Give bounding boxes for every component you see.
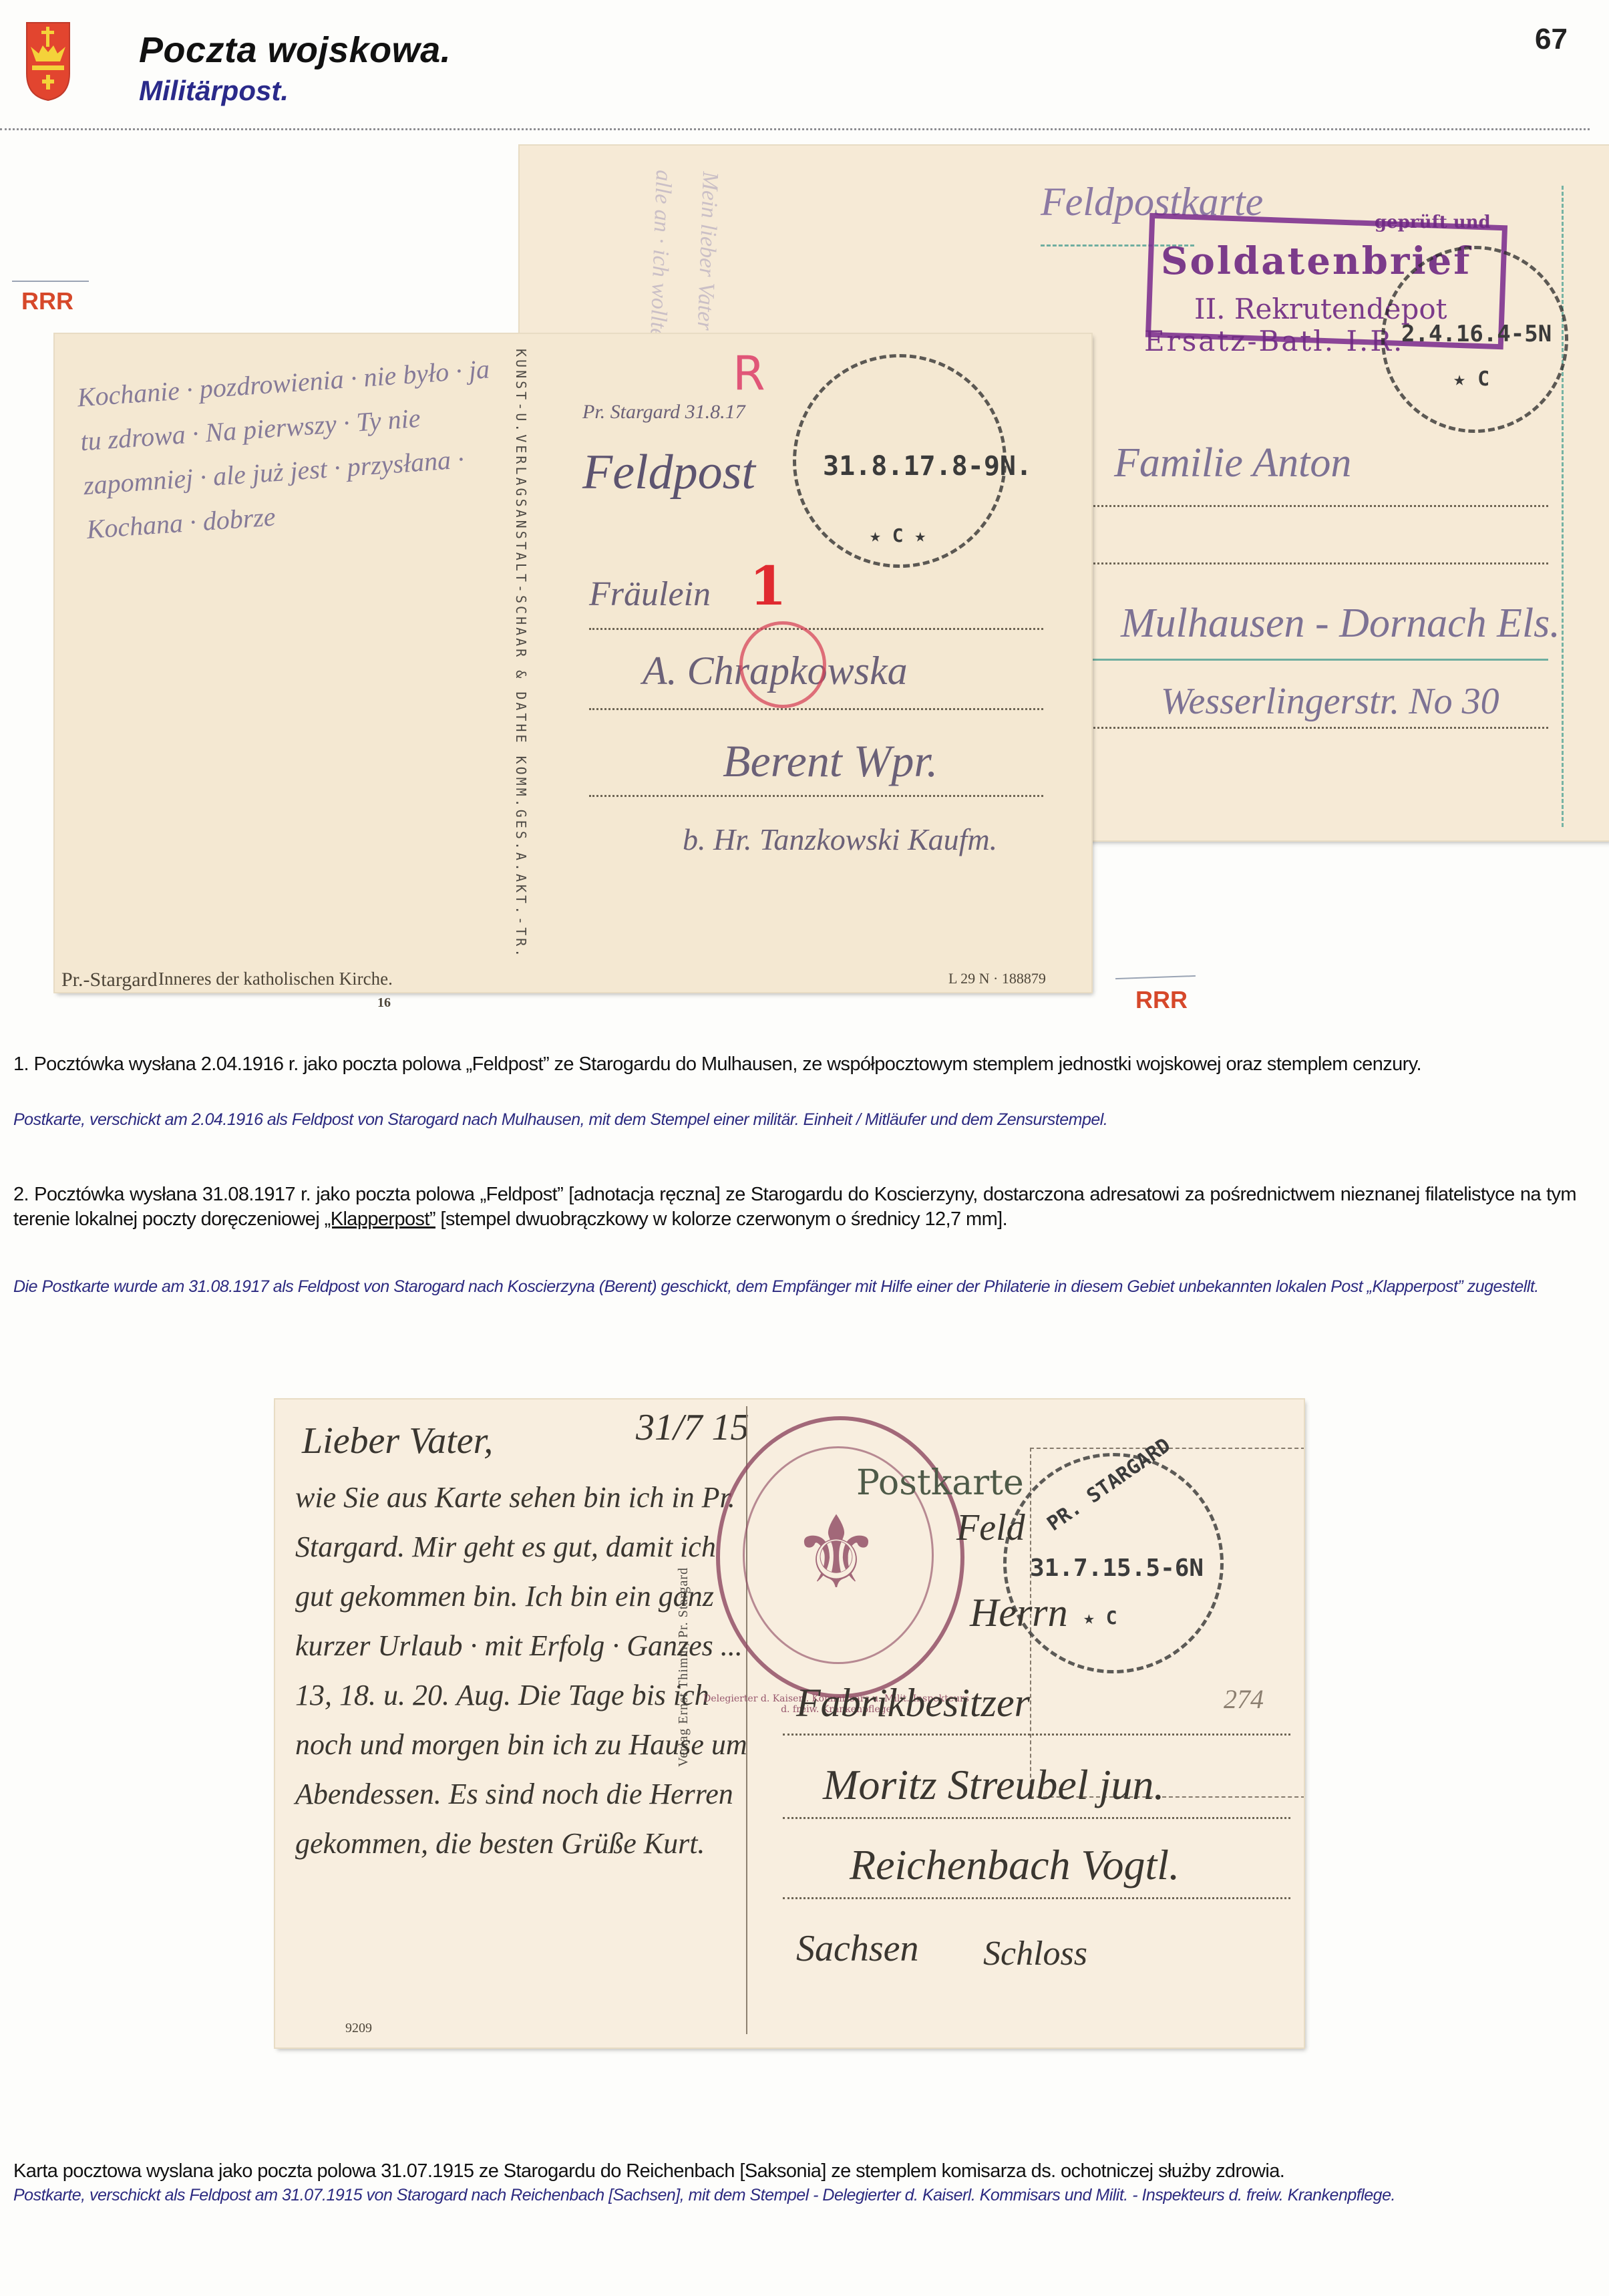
handwriting-sender: Pr. Stargard 31.8.17: [582, 401, 745, 424]
caption-item3-pl: Karta pocztowa wyslana jako poczta polow…: [13, 2159, 1576, 2184]
postmark-star: ★ C: [1083, 1607, 1117, 1629]
postmark-date: 2.4.16.4-5N: [1401, 321, 1552, 347]
rarity-label: RRR: [1135, 986, 1188, 1014]
caption-item2-text-end: [stempel dwuobrączkowy w kolorze czerwon…: [435, 1208, 1007, 1230]
card-printed-code: 9209: [345, 2021, 372, 2036]
address-line3: Berent Wpr.: [723, 735, 938, 788]
imperial-eagle-icon: ⚜: [783, 1486, 890, 1620]
postmark-star: ★ C ★: [870, 524, 926, 546]
address-line4: Reichenbach Vogtl.: [850, 1840, 1180, 1890]
address-line1: Herrn: [970, 1590, 1068, 1636]
address-dotline: [589, 708, 1043, 710]
card-printed-code: L 29 N · 188879: [948, 970, 1046, 987]
header-divider: [0, 128, 1590, 130]
caption-item3-de: Postkarte, verschickt als Feldpost am 31…: [13, 2184, 1576, 2206]
page-subtitle: Militärpost.: [139, 75, 289, 107]
page-title: Poczta wojskowa.: [139, 29, 451, 71]
starogard-coat-of-arms-icon: [25, 21, 72, 102]
caption-item2-de: Die Postkarte wurde am 31.08.1917 als Fe…: [13, 1276, 1576, 1298]
card-caption-text: Inneres der katholischen Kirche.: [158, 969, 393, 989]
red-numeral-1: 1: [749, 554, 787, 617]
rarity-divider: [12, 281, 89, 282]
card-page-no: 16: [377, 995, 391, 1011]
address-greenline: [1081, 659, 1548, 661]
rarity-label: RRR: [21, 287, 73, 315]
address-dotline: [1081, 562, 1548, 564]
postmark-date: 31.8.17.8-9N.: [823, 451, 1032, 482]
postmark-star: ★ C: [1453, 367, 1489, 391]
publisher-imprint: Verlag Ernst Thimm, Pr. Stargard: [676, 1486, 691, 1767]
caption-item2-pl: 2. Pocztówka wysłana 31.08.1917 r. jako …: [13, 1182, 1576, 1232]
postcard-feldpost-1915: Lieber Vater, 31/7 15 wie Sie aus Karte …: [275, 1400, 1304, 2047]
page-number: 67: [1535, 23, 1568, 56]
address-line2: Fabrikbesitzer: [796, 1680, 1030, 1726]
message-handwriting: Kochanie · pozdrowienia · nie było · ja …: [76, 346, 515, 552]
klapperpost-term: „Klapperpost”: [325, 1208, 435, 1230]
address-dotline: [1081, 505, 1548, 507]
publisher-imprint: KUNST-U.VERLAGSANSTALT-SCHAAR & DATHE KO…: [513, 349, 529, 970]
stamp-box-border: [1562, 186, 1564, 827]
address-dotline: [1081, 727, 1548, 729]
address-dotline: [783, 1817, 1290, 1819]
address-feld: Feld: [956, 1506, 1025, 1549]
unit-stamp-line4: Ersatz-Batl. I.R.: [1144, 325, 1404, 357]
greeting-handwriting: Lieber Vater,: [302, 1420, 493, 1462]
address-line5: Sachsen: [796, 1927, 919, 1970]
pencil-annotation: 274: [1224, 1683, 1264, 1715]
address-dotline: [783, 1734, 1290, 1736]
address-dotline: [783, 1897, 1290, 1899]
red-r-mark: R: [733, 346, 765, 401]
date-handwriting: 31/7 15: [636, 1406, 749, 1449]
address-line1: Fräulein: [589, 575, 711, 614]
caption-item1-de: Postkarte, verschickt am 2.04.1916 als F…: [13, 1109, 1576, 1131]
address-line1: Familie Anton: [1114, 440, 1351, 487]
postmark-date: 31.7.15.5-6N: [1030, 1554, 1204, 1582]
unit-stamp-line1: geprüft und: [1375, 212, 1491, 232]
caption-item1-pl: 1. Pocztówka wysłana 2.04.1916 r. jako p…: [13, 1052, 1576, 1077]
card-caption-place: Pr.-Stargard: [61, 969, 158, 991]
address-line2: Mulhausen - Dornach Els.: [1121, 600, 1560, 647]
address-line3: Moritz Streubel jun.: [823, 1760, 1164, 1810]
address-dotline: [589, 628, 1043, 630]
address-line6: Schloss: [983, 1934, 1087, 1973]
postkarte-heading: Postkarte: [856, 1463, 1024, 1503]
rarity-divider: [1115, 975, 1196, 979]
klapperpost-stamp: [739, 621, 826, 708]
feldpost-annotation: Feldpost: [582, 444, 755, 501]
address-dotline: [589, 795, 1043, 797]
address-line4: b. Hr. Tanzkowski Kaufm.: [683, 822, 997, 857]
postcard-klapperpost-1917: Kochanie · pozdrowienia · nie było · ja …: [55, 334, 1091, 992]
address-line3: Wesserlingerstr. No 30: [1161, 680, 1499, 723]
